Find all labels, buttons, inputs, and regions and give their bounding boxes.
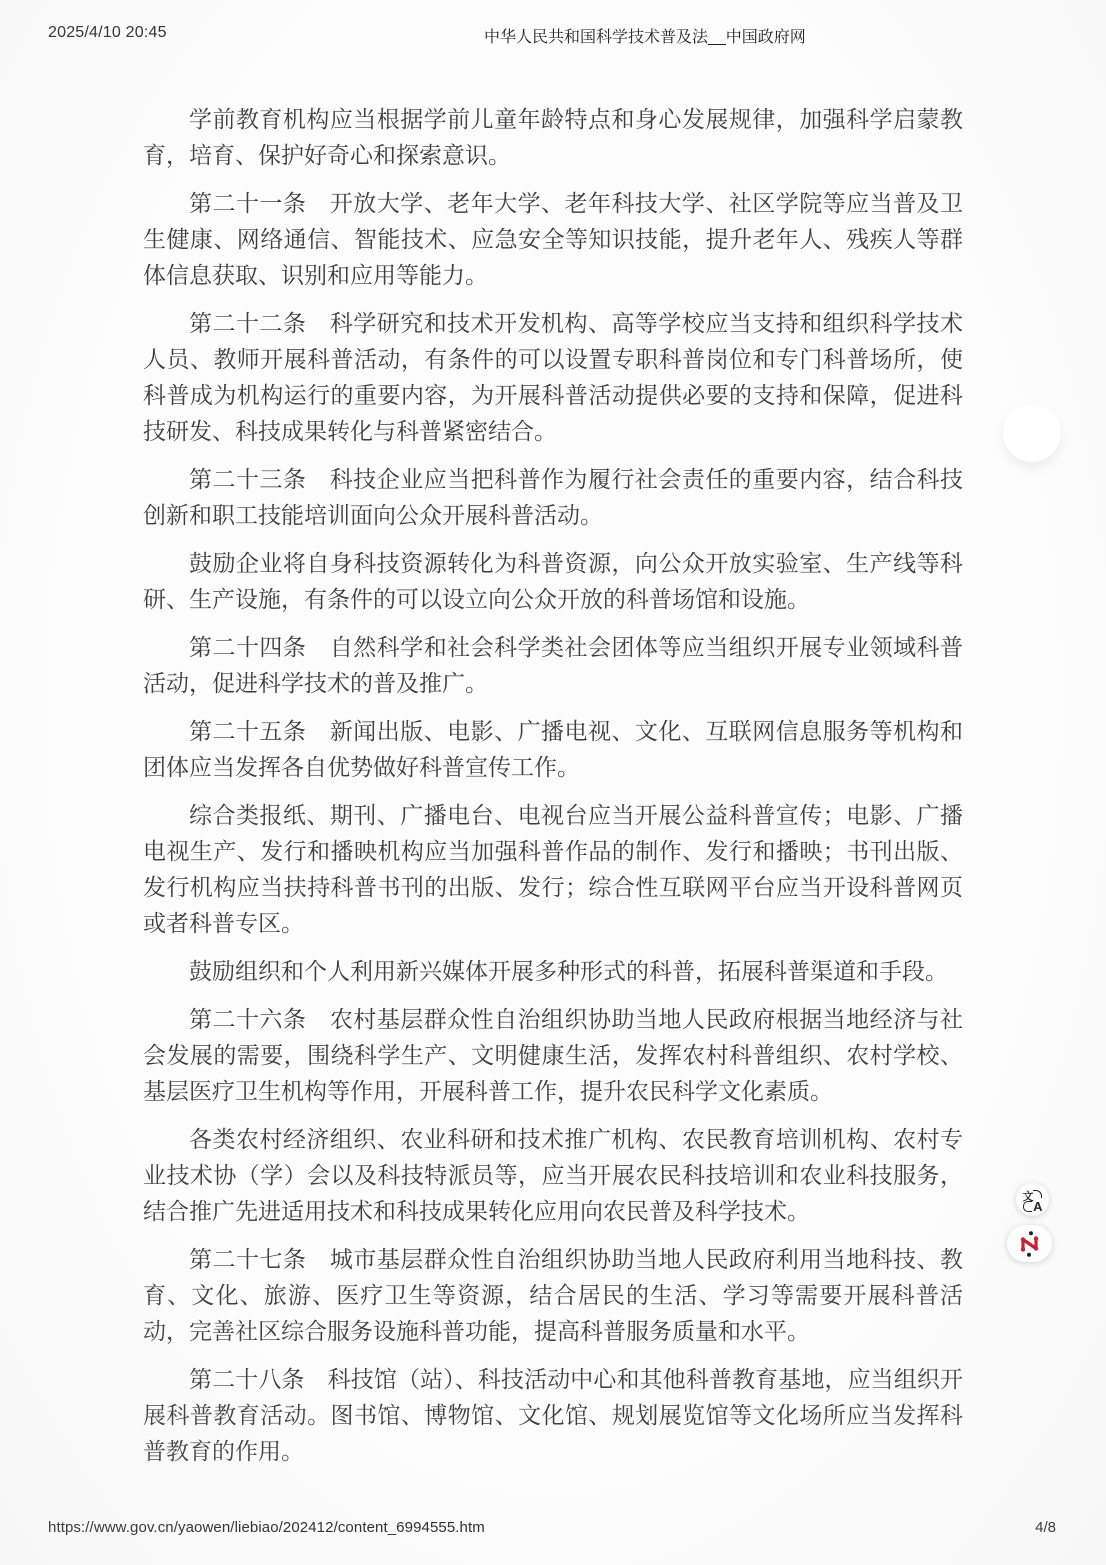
paragraph: 第二十三条 科技企业应当把科普作为履行社会责任的重要内容，结合科技创新和职工技能…: [143, 462, 963, 534]
paragraph: 各类农村经济组织、农业科研和技术推广机构、农民教育培训机构、农村专业技术协（学）…: [143, 1122, 963, 1230]
print-header: 2025/4/10 20:45 中华人民共和国科学技术普及法__中国政府网: [0, 24, 1106, 46]
paragraph: 第二十四条 自然科学和社会科学类社会团体等应当组织开展专业领域科普活动，促进科学…: [143, 630, 963, 702]
paragraph: 第二十一条 开放大学、老年大学、老年科技大学、社区学院等应当普及卫生健康、网络通…: [143, 186, 963, 294]
paragraph: 第二十六条 农村基层群众性自治组织协助当地人民政府根据当地经济与社会发展的需要，…: [143, 1002, 963, 1110]
document-body: 学前教育机构应当根据学前儿童年龄特点和身心发展规律，加强科学启蒙教育，培育、保护…: [143, 102, 963, 1482]
paragraph: 综合类报纸、期刊、广播电台、电视台应当开展公益科普宣传；电影、广播电视生产、发行…: [143, 798, 963, 942]
translate-icon: 文 A: [1023, 1190, 1043, 1210]
page-indicator: 4/8: [1035, 1519, 1056, 1536]
n-graph-icon: [1017, 1230, 1043, 1258]
paragraph: 第二十二条 科学研究和技术开发机构、高等学校应当支持和组织科学技术人员、教师开展…: [143, 306, 963, 450]
paragraph: 鼓励企业将自身科技资源转化为科普资源，向公众开放实验室、生产线等科研、生产设施，…: [143, 546, 963, 618]
print-footer: https://www.gov.cn/yaowen/liebiao/202412…: [0, 1519, 1106, 1541]
source-url: https://www.gov.cn/yaowen/liebiao/202412…: [48, 1519, 485, 1536]
paragraph: 鼓励组织和个人利用新兴媒体开展多种形式的科普，拓展科普渠道和手段。: [143, 954, 963, 990]
print-datetime: 2025/4/10 20:45: [48, 24, 167, 42]
paragraph: 第二十八条 科技馆（站）、科技活动中心和其他科普教育基地，应当组织开展科普教育活…: [143, 1362, 963, 1470]
print-preview-page: 2025/4/10 20:45 中华人民共和国科学技术普及法__中国政府网 学前…: [0, 0, 1106, 1565]
translate-button[interactable]: 文 A: [1016, 1183, 1049, 1216]
scroll-top-ghost-icon: [1003, 404, 1061, 462]
page-title: 中华人民共和国科学技术普及法__中国政府网: [484, 24, 806, 47]
extension-button[interactable]: [1007, 1225, 1052, 1262]
paragraph: 第二十五条 新闻出版、电影、广播电视、文化、互联网信息服务等机构和团体应当发挥各…: [143, 714, 963, 786]
paragraph: 学前教育机构应当根据学前儿童年龄特点和身心发展规律，加强科学启蒙教育，培育、保护…: [143, 102, 963, 174]
paragraph: 第二十七条 城市基层群众性自治组织协助当地人民政府利用当地科技、教育、文化、旅游…: [143, 1242, 963, 1350]
